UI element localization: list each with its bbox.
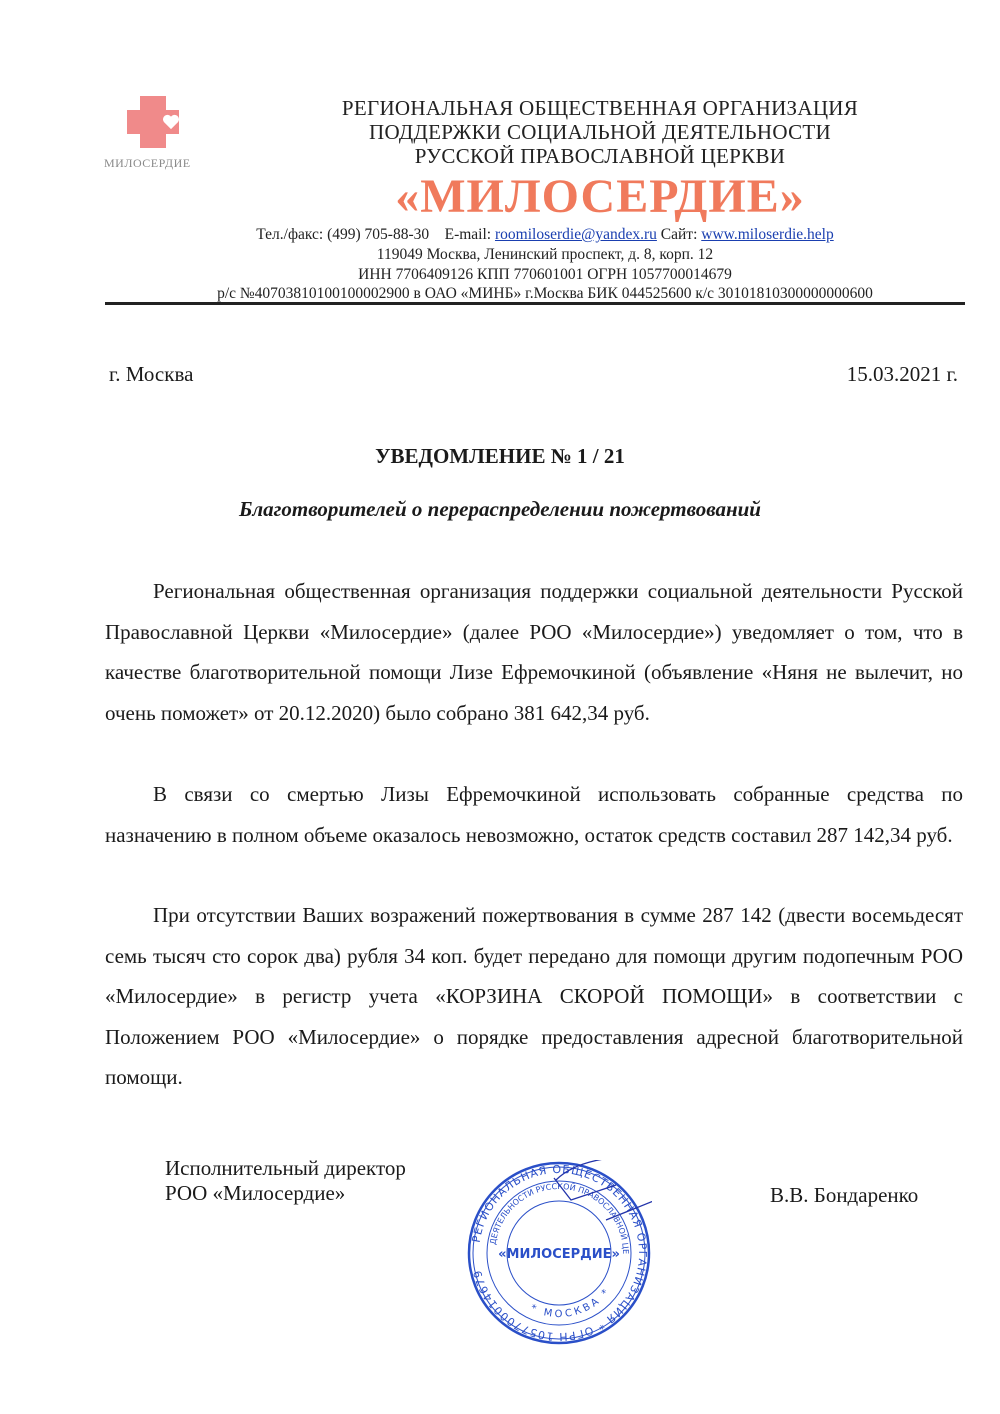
svg-text:«МИЛОСЕРДИЕ»: «МИЛОСЕРДИЕ» bbox=[498, 1247, 620, 1262]
org-name-line-3: РУССКОЙ ПРАВОСЛАВНОЙ ЦЕРКВИ bbox=[290, 145, 910, 167]
heart-icon bbox=[162, 114, 180, 130]
signatory-position: Исполнительный директор РОО «Милосердие» bbox=[165, 1156, 406, 1206]
svg-text:* МОСКВА *: * МОСКВА * bbox=[529, 1285, 614, 1320]
bank-details: р/с №40703810100100002900 в ОАО «МИНБ» г… bbox=[160, 284, 930, 304]
position-line-2: РОО «Милосердие» bbox=[165, 1181, 406, 1206]
signatory-name: В.В. Бондаренко bbox=[770, 1183, 918, 1208]
official-stamp-icon: РЕГИОНАЛЬНАЯ ОБЩЕСТВЕННАЯ ОРГАНИЗАЦИЯ * … bbox=[466, 1160, 652, 1346]
brand-name: «МИЛОСЕРДИЕ» bbox=[290, 170, 910, 224]
letter-city: г. Москва bbox=[109, 362, 193, 387]
address: 119049 Москва, Ленинский проспект, д. 8,… bbox=[160, 245, 930, 265]
notice-title: УВЕДОМЛЕНИЕ № 1 / 21 bbox=[0, 444, 1000, 469]
registration-ids: ИНН 7706409126 КПП 770601001 ОГРН 105770… bbox=[160, 265, 930, 285]
org-name-line-1: РЕГИОНАЛЬНАЯ ОБЩЕСТВЕННАЯ ОРГАНИЗАЦИЯ bbox=[290, 97, 910, 119]
email-label: E-mail: bbox=[445, 226, 492, 243]
email-link[interactable]: roomiloserdie@yandex.ru bbox=[495, 226, 657, 243]
paragraph-3: При отсутствии Ваших возражений пожертво… bbox=[105, 895, 963, 1098]
contact-line: Тел./факс: (499) 705-88-30 E-mail: roomi… bbox=[160, 225, 930, 245]
notice-subtitle: Благотворителей о перераспределении поже… bbox=[0, 497, 1000, 522]
header-divider bbox=[105, 302, 965, 305]
paragraph-1: Региональная общественная организация по… bbox=[105, 571, 963, 733]
logo-caption: МИЛОСЕРДИЕ bbox=[104, 156, 191, 171]
position-line-1: Исполнительный директор bbox=[165, 1156, 406, 1181]
website-link[interactable]: www.miloserdie.help bbox=[701, 226, 833, 243]
letter-date: 15.03.2021 г. bbox=[847, 362, 958, 387]
org-name-line-2: ПОДДЕРЖКИ СОЦИАЛЬНОЙ ДЕЯТЕЛЬНОСТИ bbox=[290, 121, 910, 143]
site-label: Сайт: bbox=[661, 226, 698, 243]
organization-logo: МИЛОСЕРДИЕ bbox=[100, 92, 220, 172]
paragraph-2: В связи со смертью Лизы Ефремочкиной исп… bbox=[105, 774, 963, 855]
phone: Тел./факс: (499) 705-88-30 bbox=[256, 226, 429, 243]
